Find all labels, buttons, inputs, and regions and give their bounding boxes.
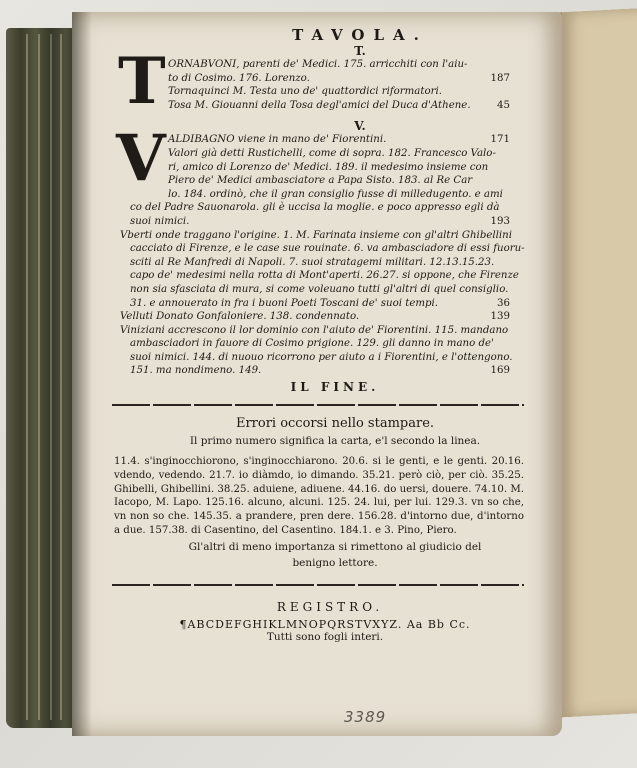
index-entry-line: cacciato di Firenze, e le case sue rouin… <box>120 242 510 256</box>
index-entry-line: co del Padre Sauonarola. gli è uccisa la… <box>120 201 510 215</box>
index-entry-line: Tornaquinci M. Testa uno de' quattordici… <box>120 85 510 99</box>
index-entry-line: sciti al Re Manfredi di Napoli. 7. suoi … <box>120 256 510 270</box>
index-entry-line: lo. 184. ordinò, che il gran consiglio f… <box>120 188 510 202</box>
errata-title: Errori occorsi nello stampare. <box>160 416 510 431</box>
running-head: TAVOLA. <box>210 26 510 44</box>
dropcap-t: T <box>118 52 166 112</box>
section-letter-v: V. <box>210 120 510 133</box>
index-entry-line: ALDIBAGNO viene in mano de' Fiorentini.1… <box>120 133 510 147</box>
errata-footer-line: benigno lettore. <box>160 556 510 570</box>
page-content: TAVOLA. T. T ORNABVONI, parenti de' Medi… <box>120 26 510 643</box>
index-entry-line: ambasciadori in fauore di Cosimo prigion… <box>120 337 510 351</box>
index-section-v: V ALDIBAGNO viene in mano de' Fiorentini… <box>120 133 510 378</box>
index-entry-line: to di Cosimo. 176. Lorenzo.187 <box>120 72 510 86</box>
divider-rule <box>112 584 524 586</box>
index-entry-line: Valori già detti Rustichelli, come di so… <box>120 147 510 161</box>
handwritten-shelfmark: 3389 <box>344 708 386 726</box>
dropcap-v: V <box>116 129 166 189</box>
errata-subtitle: Il primo numero significa la carta, e'l … <box>160 435 510 447</box>
registro-heading: REGISTRO. <box>150 600 510 614</box>
page-gutter-shadow <box>72 12 92 736</box>
index-entry-line: Piero de' Medici ambasciatore a Papa Sis… <box>120 174 510 188</box>
index-entry-line: suoi nimici. 144. di nuouo ricorrono per… <box>120 351 510 365</box>
index-entry-line: 31. e annouerato in fra i buoni Poeti To… <box>120 297 510 311</box>
section-letter-t: T. <box>210 45 510 58</box>
index-entry-line: Vberti onde traggano l'origine. 1. M. Fa… <box>120 229 510 243</box>
finis-heading: IL FINE. <box>160 380 510 394</box>
index-entry-line: suoi nimici.193 <box>120 215 510 229</box>
registro-note: Tutti sono fogli interi. <box>140 631 510 643</box>
index-entry-line: Velluti Donato Gonfaloniere. 138. conden… <box>120 310 510 324</box>
registro-signatures: ¶ABCDEFGHIKLMNOPQRSTVXYZ. Aa Bb Cc. <box>140 618 510 631</box>
divider-rule <box>112 404 524 406</box>
errata-footer-line: Gl'altri di meno importanza si rimettono… <box>160 540 510 554</box>
index-entry-line: ri, amico di Lorenzo de' Medici. 189. il… <box>120 161 510 175</box>
index-entry-line: Viniziani accrescono il lor dominio con … <box>120 324 510 338</box>
index-entry-line: capo de' medesimi nella rotta di Mont'ap… <box>120 269 510 283</box>
index-entry-line: non sia sfasciata di mura, si come voleu… <box>120 283 510 297</box>
facing-page <box>560 8 637 718</box>
index-section-t: T ORNABVONI, parenti de' Medici. 175. ar… <box>120 58 510 112</box>
index-entry-line: Tosa M. Giouanni della Tosa degl'amici d… <box>120 99 510 113</box>
errata-list: 11.4. s'inginocchiorono, s'inginocchiaro… <box>114 455 524 538</box>
index-entry-line: ORNABVONI, parenti de' Medici. 175. arri… <box>120 58 510 72</box>
book-fore-edge <box>6 28 80 728</box>
index-entry-line: 151. ma nondimeno. 149.169 <box>120 364 510 378</box>
